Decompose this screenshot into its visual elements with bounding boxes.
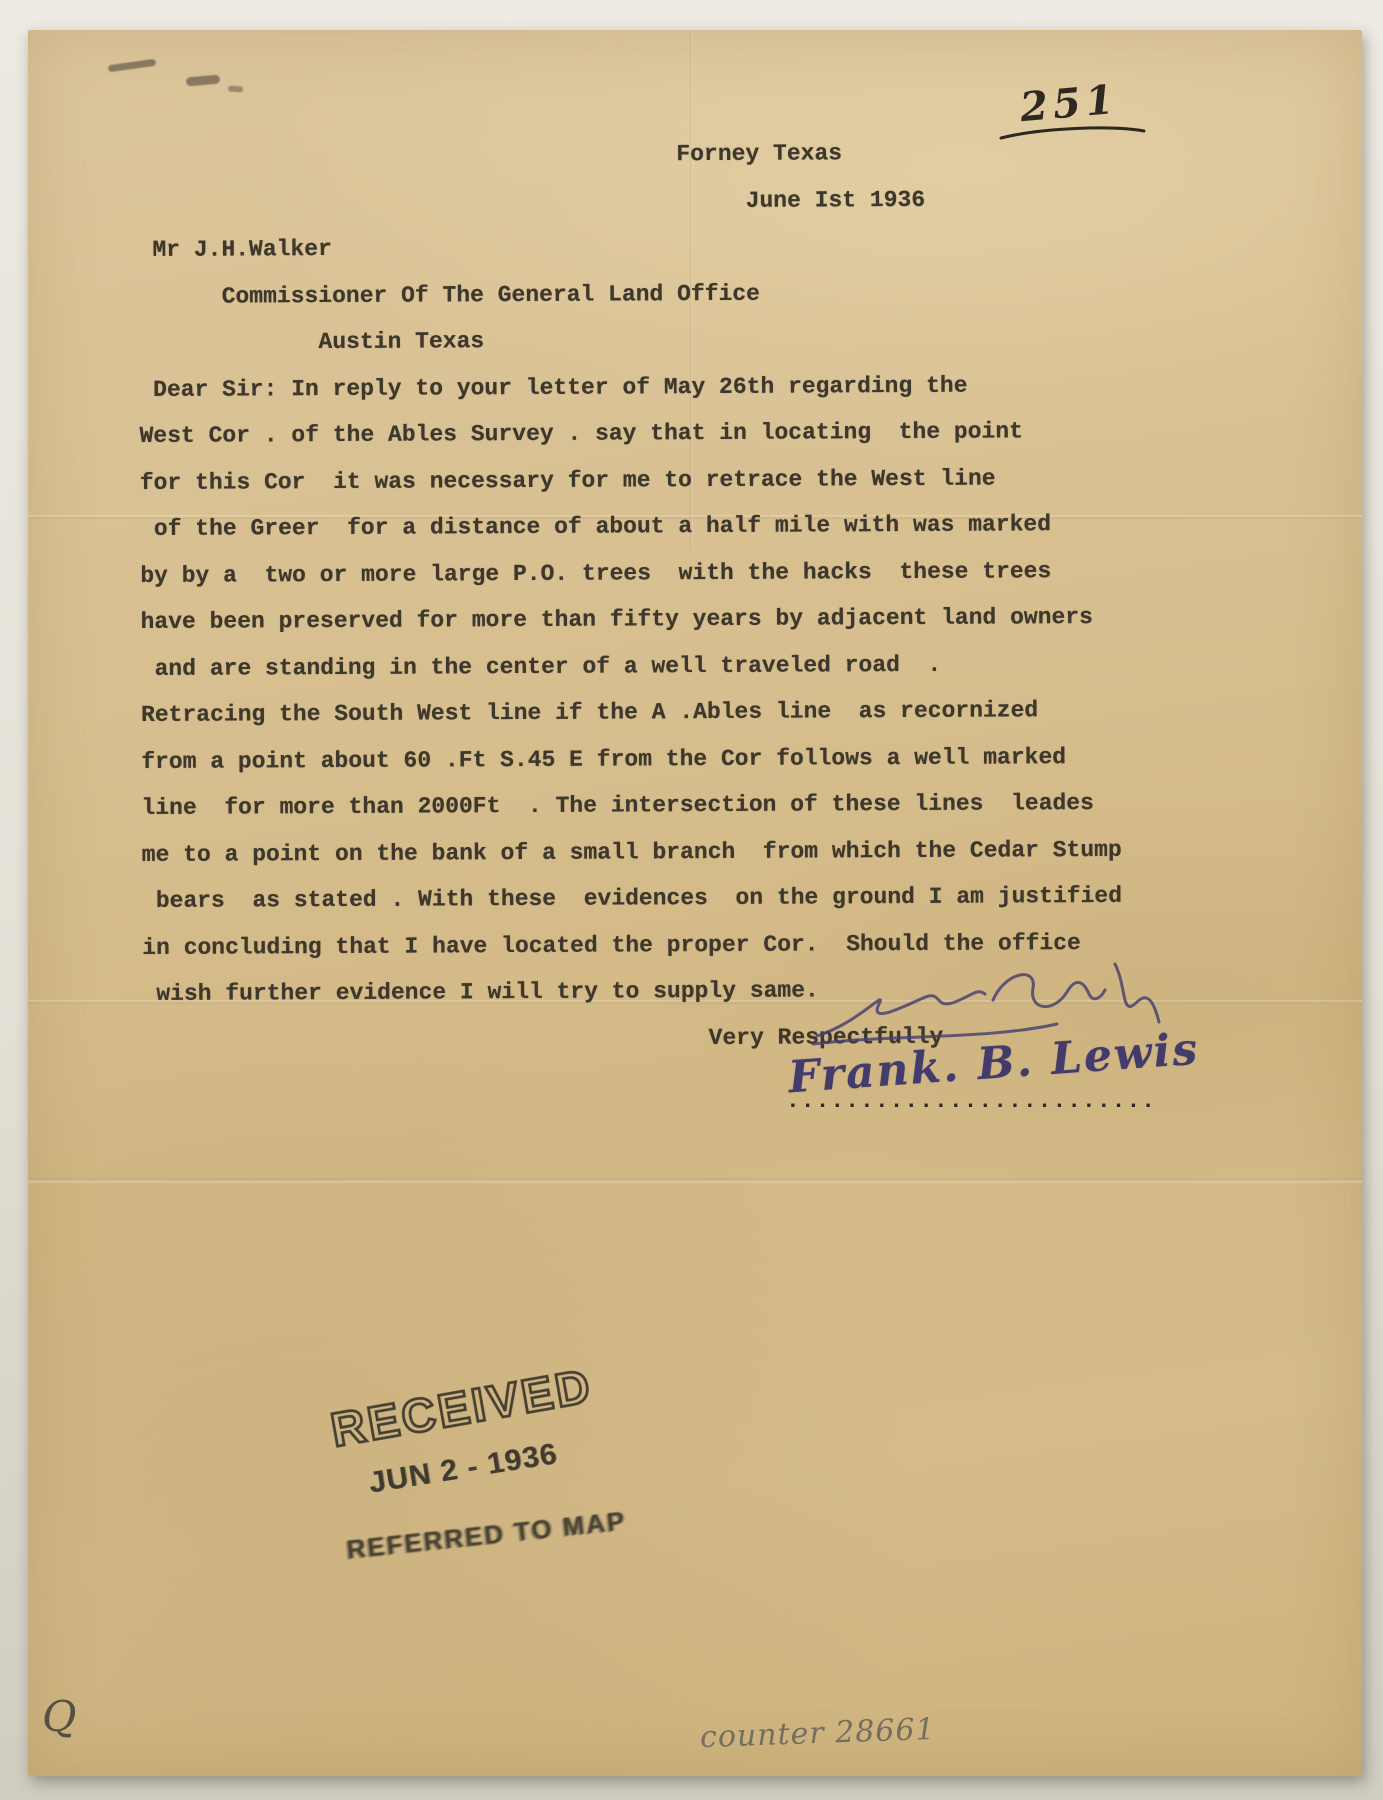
letter-line: Austin Texas [139, 315, 1119, 367]
scanned-letter-photo: 251 Forney Texas June Ist 1936 Mr J.H.Wa… [0, 0, 1383, 1800]
letter-line: Forney Texas [138, 129, 1118, 181]
letter-line: by by a two or more large P.O. trees wit… [140, 547, 1120, 599]
ink-smudge [108, 59, 157, 73]
paper-crease [28, 1178, 1362, 1183]
letter-line: have been preserved for more than fifty … [140, 594, 1120, 646]
letter-line: from a point about 60 .Ft S.45 E from th… [141, 733, 1121, 785]
letter-line: and are standing in the center of a well… [141, 640, 1121, 692]
letter-line: me to a point on the bank of a small bra… [142, 826, 1122, 878]
letter-line: Mr J.H.Walker [138, 222, 1118, 274]
sheet-letter-annotation: Q [42, 1692, 76, 1741]
letter-line: for this Cor it was necessary for me to … [140, 454, 1120, 506]
typewritten-letter-body: Forney Texas June Ist 1936 Mr J.H.Walker… [138, 129, 1123, 1064]
letter-line: Dear Sir: In reply to your letter of May… [139, 361, 1119, 413]
letter-line: Retracing the South West line if the A .… [141, 687, 1121, 739]
letter-line: line for more than 2000Ft . The intersec… [141, 780, 1121, 832]
counter-number-annotation: counter 28661 [699, 1712, 936, 1755]
referred-to-map-stamp: REFERRED TO MAP [345, 1505, 628, 1565]
letter-line: June Ist 1936 [138, 175, 1118, 227]
letter-line: Commissioner Of The General Land Office [139, 268, 1119, 320]
svg-text:RECEIVED: RECEIVED [327, 1358, 596, 1456]
letter-paper: 251 Forney Texas June Ist 1936 Mr J.H.Wa… [28, 30, 1362, 1776]
letter-line: West Cor . of the Ables Survey . say tha… [139, 408, 1119, 460]
ink-smudge [186, 75, 221, 87]
ink-smudge [228, 85, 243, 92]
letter-line: bears as stated . With these evidences o… [142, 873, 1122, 925]
letter-line: of the Greer for a distance of about a h… [140, 501, 1120, 553]
signature-dotted-line: ......................... [786, 1088, 1156, 1114]
